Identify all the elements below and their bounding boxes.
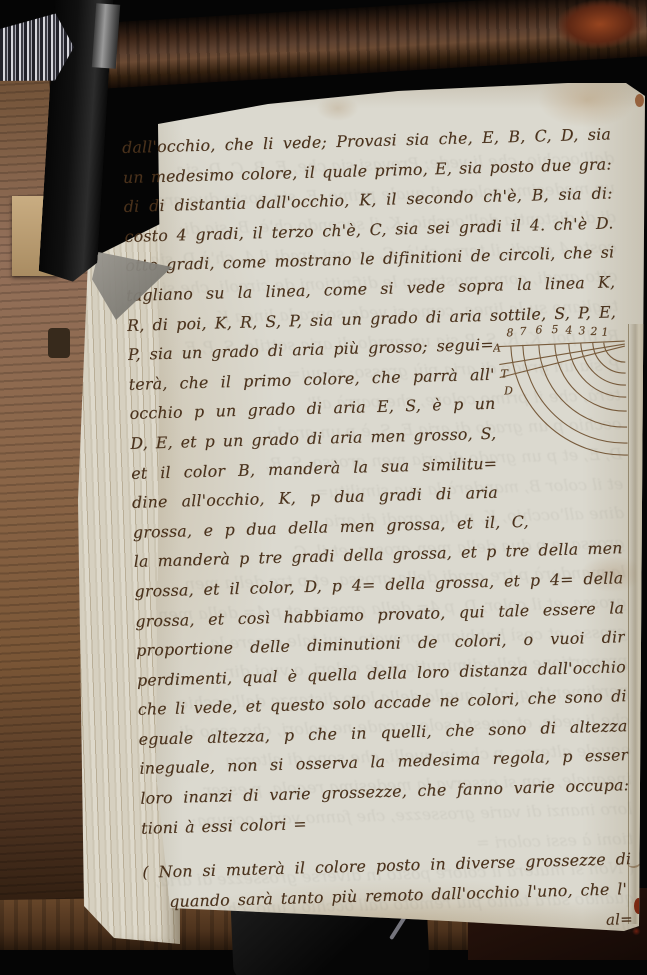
tick-8: 8 — [506, 326, 514, 339]
manuscript-line-text: tioni à essi colori = — [141, 814, 307, 838]
manuscript-text: dall'occhio, che li vede; Provasi sia ch… — [122, 119, 637, 948]
tick-3: 3 — [578, 324, 586, 337]
manuscript-line-text: P, sia un grado di aria più grosso; segu… — [128, 335, 494, 364]
board-knob — [48, 328, 70, 358]
tick-7: 7 — [519, 325, 527, 338]
tick-1: 1 — [601, 326, 609, 339]
clamp-metal-clip — [92, 3, 120, 69]
optics-arcs-diagram: A T D 8 7 6 5 4 3 2 1 — [492, 317, 647, 491]
diagram-strokes — [499, 341, 628, 458]
label-t: T — [500, 367, 509, 380]
arc-4 — [569, 342, 627, 399]
manuscript-line-text: et il color B, manderà la sua similitu= — [131, 453, 497, 482]
arc-1 — [604, 342, 626, 363]
tick-6: 6 — [535, 323, 543, 336]
manuscript-photo: dall'occhio, che li vede; Provasi sia ch… — [0, 0, 647, 975]
manuscript-line-text: dine all'occhio, K, p dua gradi di aria — [132, 483, 498, 512]
rust-spot-top — [635, 94, 644, 107]
manuscript-line-text: terà, che il primo colore, che parrà all… — [128, 364, 494, 393]
book-top-edge-leather — [46, 0, 647, 92]
manuscript-line-text: al= — [606, 911, 633, 930]
arc-5 — [555, 342, 627, 413]
manuscript-lines: dall'occhio, che li vede; Provasi sia ch… — [122, 119, 637, 948]
tick-5: 5 — [551, 323, 559, 336]
label-a: A — [492, 342, 501, 355]
tick-2: 2 — [589, 325, 598, 338]
tick-4: 4 — [564, 324, 573, 337]
leather-rust-patch — [554, 0, 647, 52]
label-d: D — [503, 384, 513, 397]
